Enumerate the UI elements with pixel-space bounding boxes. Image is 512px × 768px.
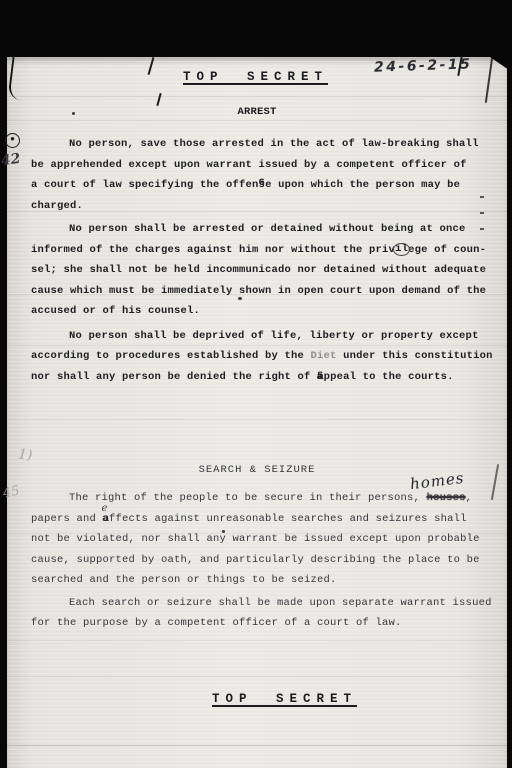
scan-streak (7, 419, 507, 420)
scan-streak (7, 745, 507, 746)
paragraph-line: cause which must be immediately shown in… (31, 281, 483, 302)
scan-streak (7, 640, 507, 641)
line-text: ppeal to the courts. (324, 371, 454, 383)
circled-dot-icon: ● (10, 135, 15, 144)
paragraph-line: nor shall any person be denied the right… (31, 367, 483, 388)
paragraph-line: cause, supported by oath, and particular… (31, 550, 483, 571)
ink-speck (222, 530, 225, 533)
paragraph-line: charged. (31, 196, 483, 217)
overstruck-char: s (317, 365, 324, 386)
line-text: under this constitution (337, 350, 493, 362)
paragraph-line: sel; she shall not be held incommunicado… (31, 260, 483, 281)
paragraph-line: No person, save those arrested in the ac… (31, 134, 483, 155)
line-text: according to procedures established by t… (31, 350, 311, 362)
correction-circle: il (393, 243, 410, 256)
line-text: informed of the charges against him nor … (31, 244, 395, 256)
arrest-paragraph-3: No person shall be deprived of life, lib… (31, 326, 483, 388)
pencil-annotation-1: 1) (17, 446, 33, 463)
ink-speck (238, 297, 242, 300)
paragraph-line: be apprehended except upon warrant issue… (31, 155, 483, 176)
search-paragraph-1: The right of the people to be secure in … (31, 488, 483, 591)
line-text: ffects against unreasonable searches and… (109, 513, 467, 525)
caret-correction: ae (103, 509, 110, 530)
margin-circle-stamp: ● (5, 133, 20, 148)
scan-streak (7, 96, 507, 97)
scan-streak (7, 120, 507, 121)
search-paragraph-2: Each search or seizure shall be made upo… (31, 593, 483, 634)
scanned-document-page: TOP SECRET 24-6-2-15 ARREST ● 42 1) 45 N… (0, 0, 512, 768)
paragraph-line: for the purpose by a competent officer o… (31, 613, 483, 634)
arrest-paragraph-1: No person, save those arrested in the ac… (31, 134, 483, 216)
paragraph-line: No person shall be deprived of life, lib… (31, 326, 483, 347)
line-text: nor shall any person be denied the right… (31, 371, 317, 383)
paragraph-line: papers and aeffects against unreasonable… (31, 509, 483, 530)
paragraph-line: a court of law specifying the offens6e u… (31, 175, 483, 196)
scan-streak (7, 676, 507, 677)
paper-corner-clip (490, 57, 512, 72)
paragraph-line: No person shall be arrested or detained … (31, 219, 483, 240)
overstrike-correction: s6 (259, 175, 266, 196)
paragraph-line: The right of the people to be secure in … (31, 488, 483, 509)
caret-letter-e: e (102, 499, 108, 520)
classification-banner-top: TOP SECRET (183, 70, 328, 84)
section-heading-arrest: ARREST (31, 106, 483, 118)
margin-annotation-42: 42 (0, 151, 22, 170)
paragraph-line: accused or of his counsel. (31, 301, 483, 322)
line-text: ege of coun- (408, 244, 486, 256)
ink-speck (72, 112, 75, 115)
paragraph-line: Each search or seizure shall be made upo… (31, 593, 483, 614)
edge-tick-mark (480, 212, 484, 214)
line-text: e upon which the person may be (265, 179, 460, 191)
line-text: , (466, 492, 473, 504)
paragraph-line: not be violated, nor shall any warrant b… (31, 529, 483, 550)
scan-right-edge (507, 57, 512, 768)
line-text: a court of law specifying the offen (31, 179, 259, 191)
search-section-body: The right of the people to be secure in … (31, 488, 483, 634)
edge-tick-mark (480, 228, 484, 230)
classification-banner-bottom: TOP SECRET (212, 692, 357, 706)
overstrike-correction: as (317, 367, 324, 388)
line-text: The right of the people to be secure in … (69, 492, 427, 504)
arrest-section-body: No person, save those arrested in the ac… (31, 134, 483, 387)
arrest-paragraph-2: No person shall be arrested or detained … (31, 219, 483, 322)
line-text: papers and (31, 513, 103, 525)
strikethrough-word-houses: houses (427, 492, 466, 504)
overstruck-char: 6 (259, 173, 266, 194)
edge-tick-mark (480, 196, 484, 198)
faded-word-diet: Diet (311, 350, 337, 362)
paragraph-line: informed of the charges against him nor … (31, 240, 483, 261)
paragraph-line: searched and the person or things to be … (31, 570, 483, 591)
paragraph-line: according to procedures established by t… (31, 346, 483, 367)
